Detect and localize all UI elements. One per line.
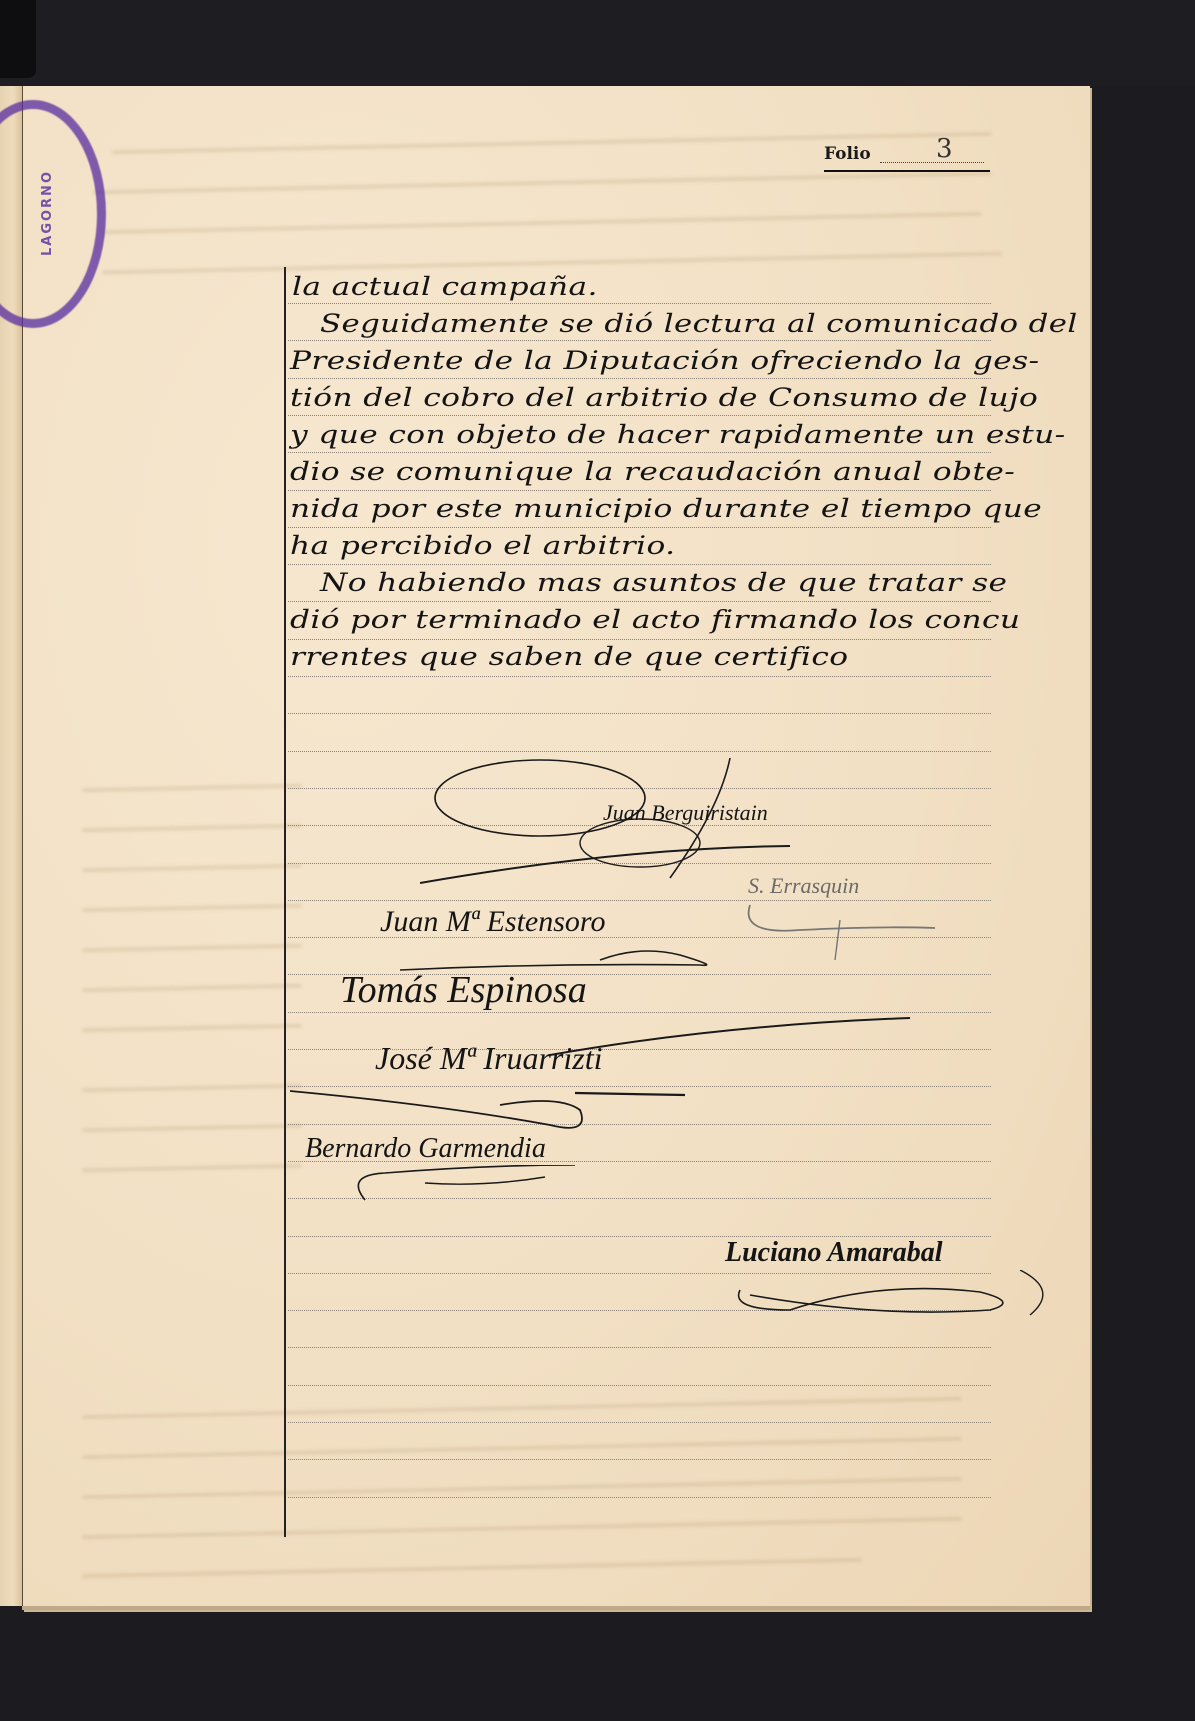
signature: Tomás Espinosa [340,968,587,1012]
signature: Luciano Amarabal [725,1237,943,1269]
bleed-through-stroke [92,172,992,195]
signature: Juan Berguiristain [603,800,768,826]
text-line: dió por terminado el acto firmando los c… [290,605,1020,634]
ruled-line [288,1422,991,1423]
ruled-line [288,713,991,714]
signature: José Mª Iruarrizti [375,1040,602,1077]
text-line: nida por este municipio durante el tiemp… [290,494,1042,523]
background-top [0,0,1195,86]
text-line: rrentes que saben de que certifico [290,642,848,671]
folio-label: Folio [824,144,871,164]
left-margin-rule [284,267,286,1537]
ruled-line [288,601,991,602]
ruled-line [288,676,991,677]
text-line: Seguidamente se dió lectura al comunicad… [320,309,1078,338]
bleed-through-stroke [82,1084,302,1093]
folio-number: 3 [936,134,953,164]
signature-flourish [730,1270,1050,1330]
bleed-through-stroke [82,1517,962,1539]
ruled-line [288,452,991,453]
ruled-line [288,1497,991,1498]
bleed-through-stroke [82,784,302,793]
bleed-through-stroke [82,1124,302,1133]
bleed-through-stroke [82,984,302,993]
text-line: dio se comunique la recaudación anual ob… [290,457,1015,486]
folio-underline [824,170,990,172]
ruled-line [288,564,991,565]
ruled-line [288,639,991,640]
ruled-line [288,303,991,304]
signature: Juan Mª Estensoro [380,905,605,939]
ruled-line [288,527,991,528]
bleed-through-stroke [82,1164,302,1173]
bleed-through-stroke [82,824,302,833]
signature-flourish [345,1165,585,1210]
ruled-line [288,378,991,379]
ruled-line [288,490,991,491]
bleed-through-stroke [82,1437,962,1459]
text-line: No habiendo mas asuntos de que tratar se [320,568,1007,597]
text-line: Presidente de la Diputación ofreciendo l… [290,346,1039,375]
page-bottom-edge [22,1606,1090,1610]
bleed-through-stroke [82,864,302,873]
text-line: y que con objeto de hacer rapidamente un… [290,420,1066,449]
folio-header: Folio 3 [824,140,988,170]
bleed-through-stroke [82,1024,302,1033]
ruled-line [288,340,991,341]
stamp-text: LAGORNO [40,170,55,256]
bleed-through-stroke [82,904,302,913]
bleed-through-stroke [102,212,982,234]
bleed-through-stroke [82,1397,962,1419]
signature: Bernardo Garmendia [305,1133,546,1165]
bleed-through-stroke [82,944,302,953]
text-line: ha percibido el arbitrio. [290,531,675,560]
signature-flourish [740,900,940,960]
ruled-line [288,1385,991,1386]
text-line: tión del cobro del arbitrio de Consumo d… [290,383,1038,412]
text-line: la actual campaña. [292,272,598,301]
bleed-through-stroke [82,1558,862,1578]
folio-dotted-line [880,162,984,163]
ruled-line [288,1347,991,1348]
ruled-line [288,415,991,416]
bleed-through-stroke [102,252,1002,275]
signature: S. Errasquin [748,873,859,899]
ruled-line [288,1459,991,1460]
binding-shadow [0,0,36,78]
